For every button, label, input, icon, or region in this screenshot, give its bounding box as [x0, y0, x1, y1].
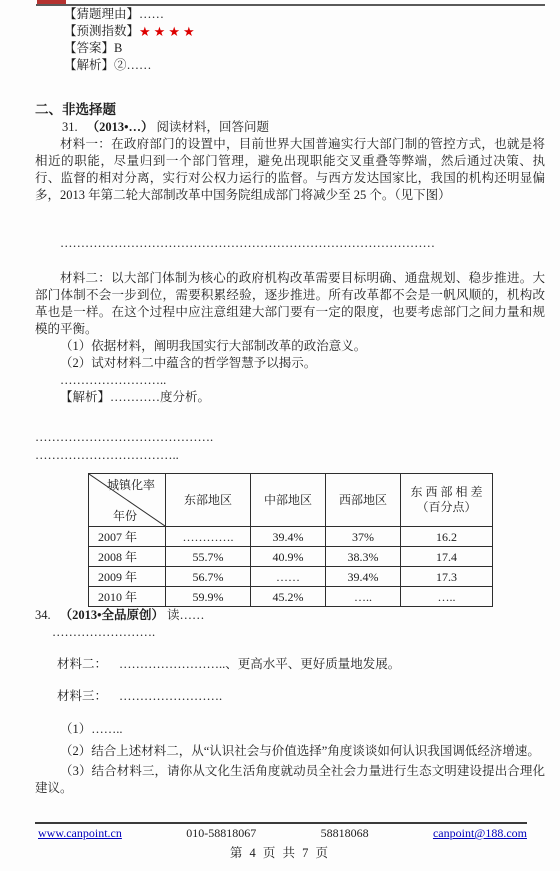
- website-link[interactable]: www.canpoint.cn: [38, 825, 122, 842]
- urbanization-table: 城镇化率 年份 东部地区 中部地区 西部地区 东 西 部 相 差 （百分点） 2…: [88, 473, 493, 607]
- corner-label-top: 城镇化率: [107, 478, 155, 492]
- phone-number-1: 010-58818067: [186, 825, 256, 842]
- value-cell: 40.9%: [251, 547, 326, 567]
- question-31-sub1: （1）依据材料，阐明我国实行大部制改革的政治意义。: [35, 338, 545, 355]
- answer-line: 【答案】B: [64, 40, 545, 57]
- value-cell: 17.3: [401, 567, 493, 587]
- value-cell: 56.7%: [166, 567, 251, 587]
- ellipsis-line: ……………………………..: [35, 447, 545, 464]
- material-2-text: ……………………..、更高水平、更好质量地发展。: [119, 657, 400, 671]
- column-header: 中部地区: [251, 474, 326, 527]
- value-cell: 45.2%: [251, 587, 326, 607]
- table-row: 2009 年 56.7% …… 39.4% 17.3: [89, 567, 493, 587]
- material-3-label: 材料三：: [57, 689, 107, 703]
- ellipsis-line: …………………………………….: [35, 429, 545, 446]
- analysis-line: 【解析】②……: [64, 57, 545, 74]
- footer-divider: [35, 822, 527, 824]
- question-34-source: （2013•全品原创）: [60, 608, 164, 622]
- material-2-label: 材料二：: [57, 657, 107, 671]
- material-3-line: 材料三：…………………….: [35, 688, 545, 705]
- section-heading: 二、非选择题: [35, 101, 545, 118]
- value-cell: 37%: [326, 527, 401, 547]
- question-31-body: 材料二：以大部门体制为核心的政府机构改革需要目标明确、通盘规划、稳步推进。大部门…: [35, 270, 545, 406]
- prediction-line: 【预测指数】★★★★: [64, 23, 545, 40]
- table-row: 2008 年 55.7% 40.9% 38.3% 17.4: [89, 547, 493, 567]
- footer: www.canpoint.cn 010-58818067 58818068 ca…: [38, 825, 527, 842]
- answer-block: 【猜题理由】…… 【预测指数】★★★★ 【答案】B 【解析】②……: [35, 6, 545, 74]
- question-34-head: 34.（2013•全品原创）读……: [35, 607, 545, 624]
- question-34-number: 34.: [35, 608, 51, 622]
- question-34-sub1: （1）……..: [35, 721, 545, 738]
- column-header: 东部地区: [166, 474, 251, 527]
- value-cell: 17.4: [401, 547, 493, 567]
- year-cell: 2008 年: [89, 547, 166, 567]
- question-34-intro: 读……: [167, 608, 205, 622]
- table-row: 2010 年 59.9% 45.2% ….. …..: [89, 587, 493, 607]
- question-31-analysis: 【解析】…………度分析。: [35, 389, 545, 406]
- ellipsis-line: ……………………..: [35, 372, 545, 389]
- page-number: 第 4 页 共 7 页: [0, 845, 560, 862]
- corner-label-bottom: 年份: [113, 509, 137, 523]
- material-1-paragraph: 材料一：在政府部门的设置中，目前世界大国普遍实行大部门制的管控方式，也就是将相近…: [35, 136, 545, 204]
- question-31-number: 31.: [62, 120, 78, 134]
- ellipsis-line: ………………………………………………………………………………: [35, 235, 545, 252]
- guess-reason-line: 【猜题理由】……: [64, 6, 545, 23]
- value-cell: 55.7%: [166, 547, 251, 567]
- question-34-sub2: （2）结合上述材料二，从“认识社会与价值选择”角度谈谈如何认识我国调低经济增速。: [35, 743, 545, 760]
- column-header-line2: （百分点）: [401, 500, 492, 515]
- question-31-head: 31.（2013•…）阅读材料，回答问题: [35, 119, 545, 136]
- table-corner-cell: 城镇化率 年份: [89, 474, 166, 527]
- document-page: 【猜题理由】…… 【预测指数】★★★★ 【答案】B 【解析】②…… 二、非选择题…: [0, 0, 560, 871]
- year-cell: 2007 年: [89, 527, 166, 547]
- value-cell: 59.9%: [166, 587, 251, 607]
- email-link[interactable]: canpoint@188.com: [433, 825, 527, 842]
- question-31-intro: 阅读材料，回答问题: [157, 120, 270, 134]
- column-header: 西部地区: [326, 474, 401, 527]
- value-cell: …..: [326, 587, 401, 607]
- question-31-sub2: （2）试对材料二中蕴含的哲学智慧予以揭示。: [35, 355, 545, 372]
- ellipsis-line: …………………….: [35, 624, 545, 641]
- prediction-label: 【预测指数】: [64, 24, 139, 38]
- table-row: 2007 年 …………. 39.4% 37% 16.2: [89, 527, 493, 547]
- value-cell: 39.4%: [326, 567, 401, 587]
- value-cell: …..: [401, 587, 493, 607]
- material-3-text: …………………….: [119, 689, 222, 703]
- material-2-paragraph: 材料二：以大部门体制为核心的政府机构改革需要目标明确、通盘规划、稳步推进。大部门…: [35, 270, 545, 338]
- question-34-sub3: （3）结合材料三，请你从文化生活角度就动员全社会力量进行生态文明建设提出合理化建…: [35, 763, 545, 797]
- star-rating-icon: ★★★★: [139, 24, 198, 39]
- value-cell: 38.3%: [326, 547, 401, 567]
- year-cell: 2009 年: [89, 567, 166, 587]
- column-header: 东 西 部 相 差 （百分点）: [401, 474, 493, 527]
- value-cell: ………….: [166, 527, 251, 547]
- question-31-source: （2013•…）: [87, 120, 154, 134]
- value-cell: 39.4%: [251, 527, 326, 547]
- phone-number-2: 58818068: [321, 825, 369, 842]
- column-header-line1: 东 西 部 相 差: [401, 485, 492, 500]
- value-cell: ……: [251, 567, 326, 587]
- year-cell: 2010 年: [89, 587, 166, 607]
- question-34: 34.（2013•全品原创）读…… ……………………. 材料二：………………………: [35, 607, 545, 797]
- value-cell: 16.2: [401, 527, 493, 547]
- material-2-line: 材料二：……………………..、更高水平、更好质量地发展。: [35, 656, 545, 673]
